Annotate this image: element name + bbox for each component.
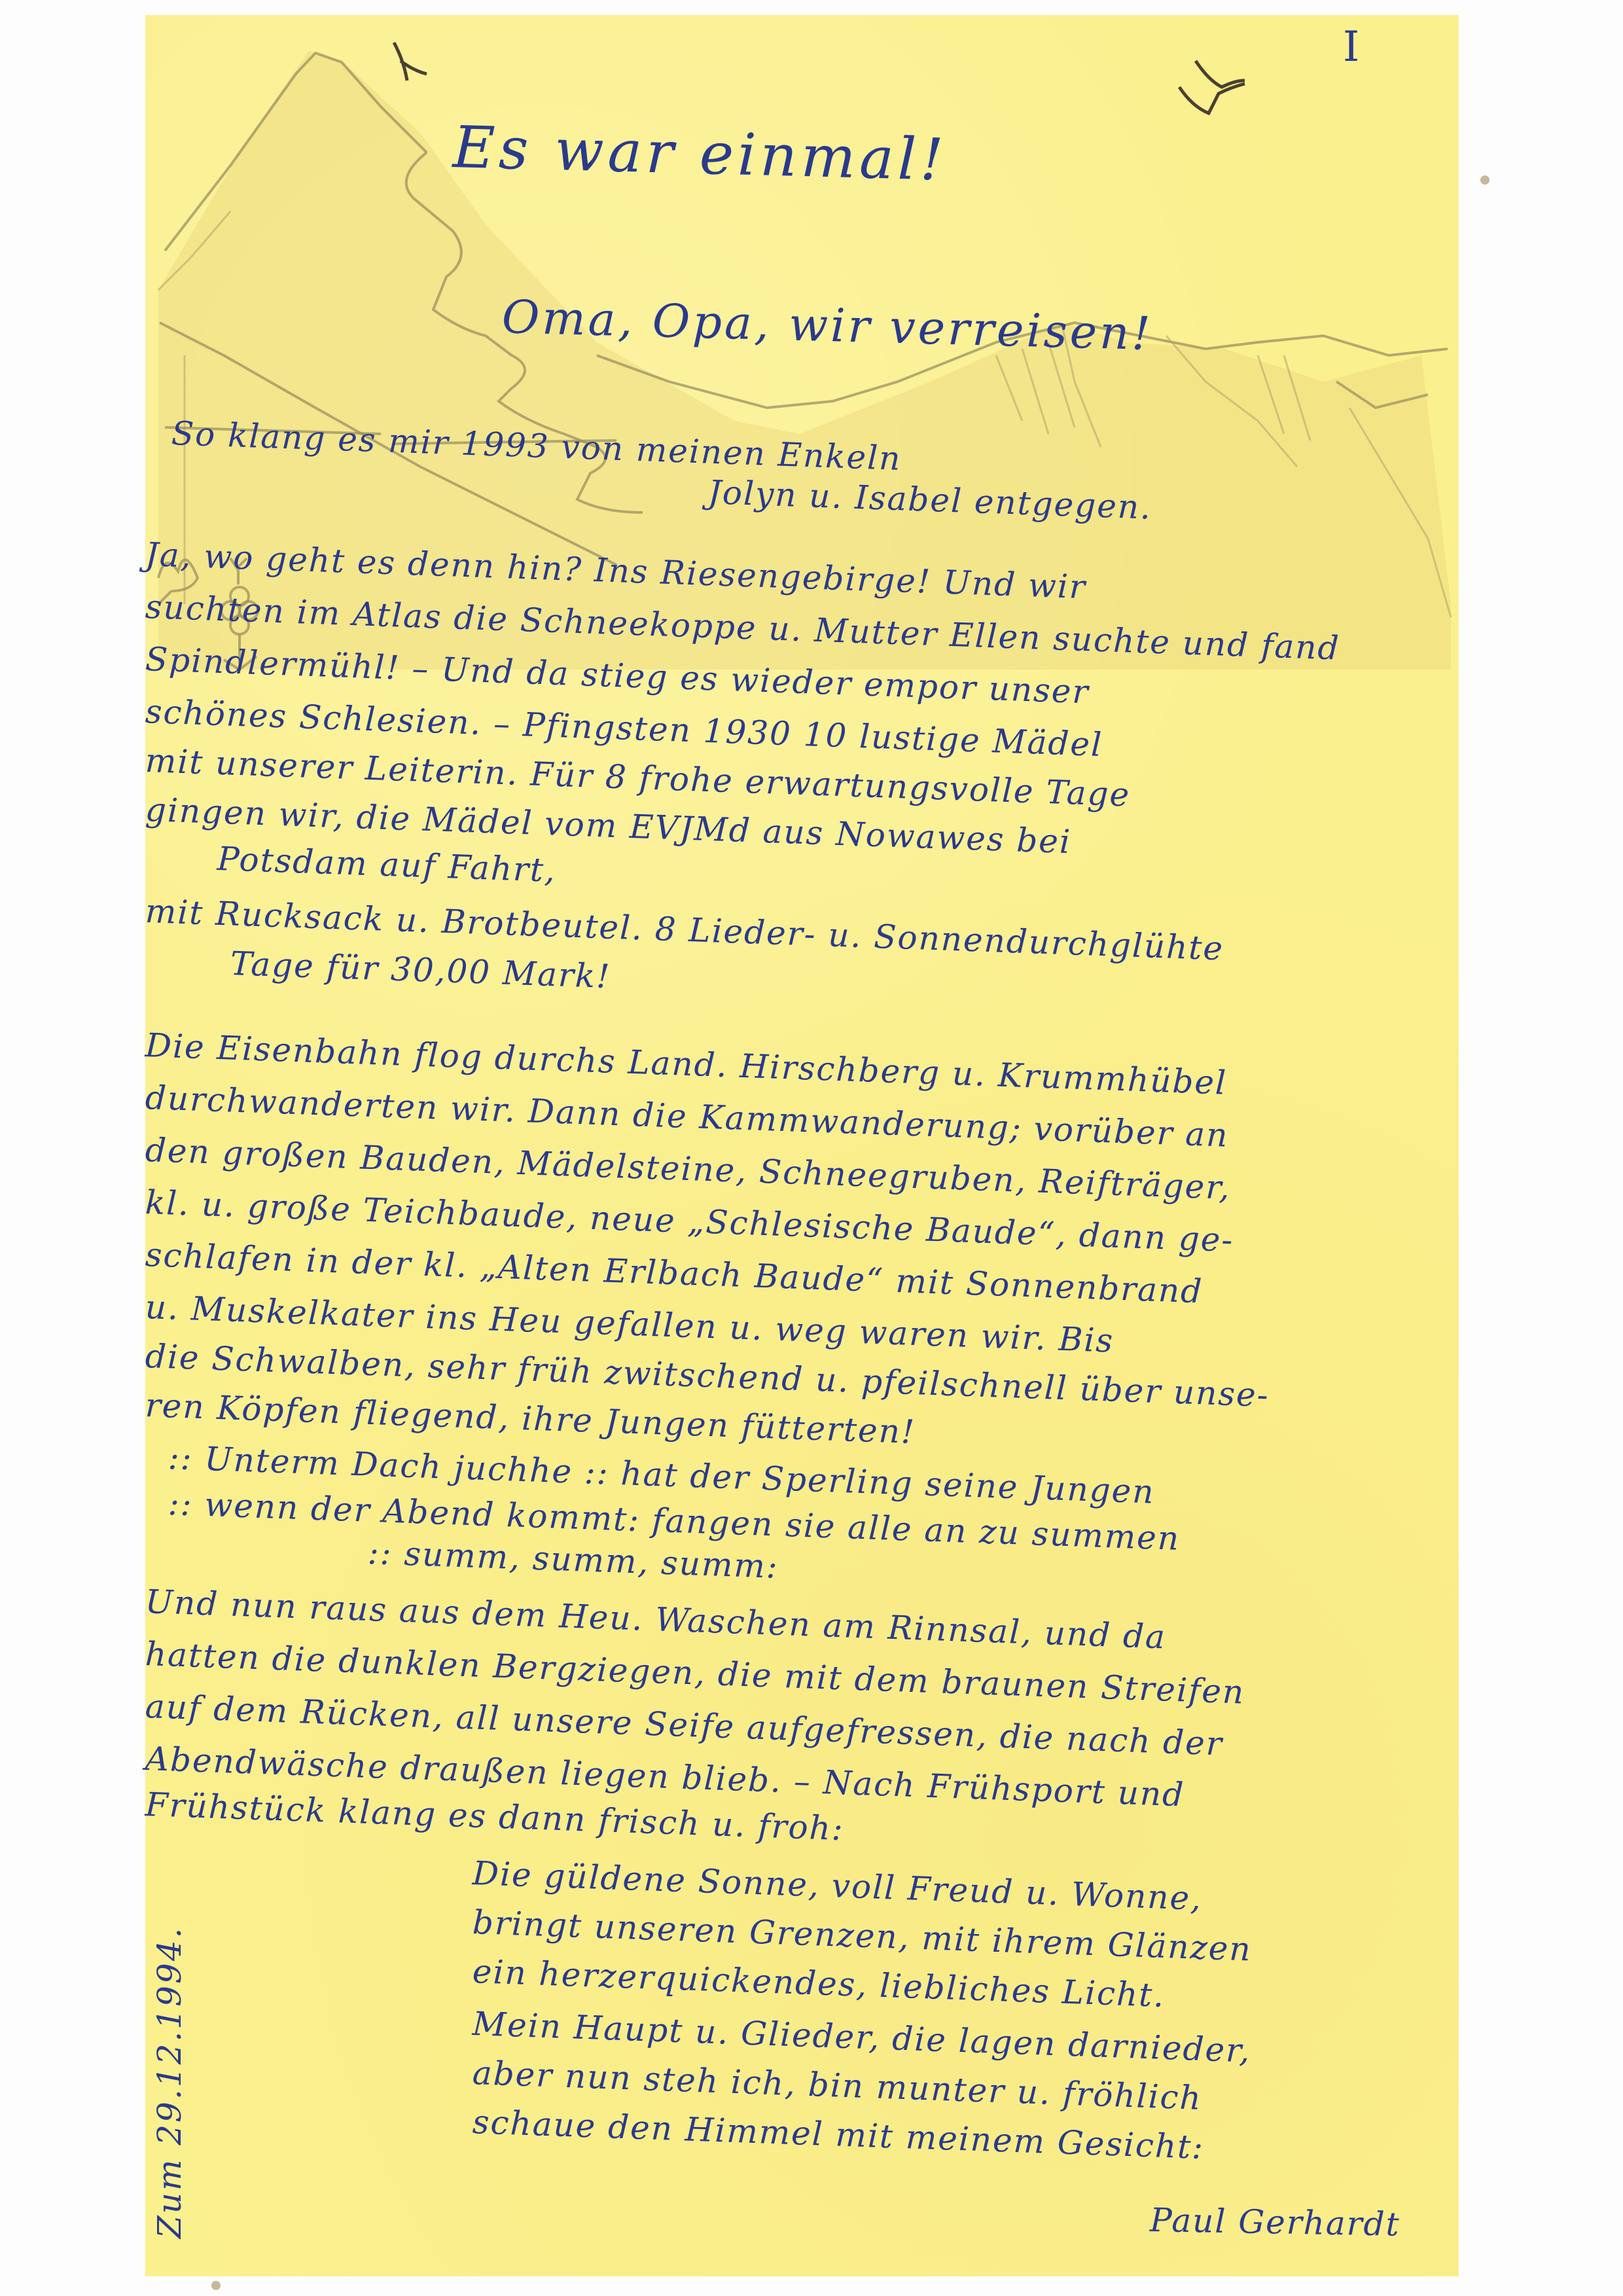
text-line: Tage für 30,00 Mark! [230,944,611,996]
text-line: So klang es mir 1993 von meinen Enkeln [171,414,902,478]
letter-title: Es war einmal! [452,113,948,194]
margin-date-note: Zum 29.12.1994. [151,1926,188,2238]
paper-sheet: I Es war einmal! Oma, Opa, wir verreisen… [145,15,1459,2276]
signature: Paul Gerhardt [1149,2201,1400,2244]
text-line: Potsdam auf Fahrt, [217,840,557,889]
greeting-line: Oma, Opa, wir verreisen! [501,290,1154,361]
text-line: Jolyn u. Isabel entgegen. [707,473,1152,527]
paper-speck [1480,175,1489,185]
paper-speck [211,2281,221,2290]
page-number: I [1343,23,1361,71]
